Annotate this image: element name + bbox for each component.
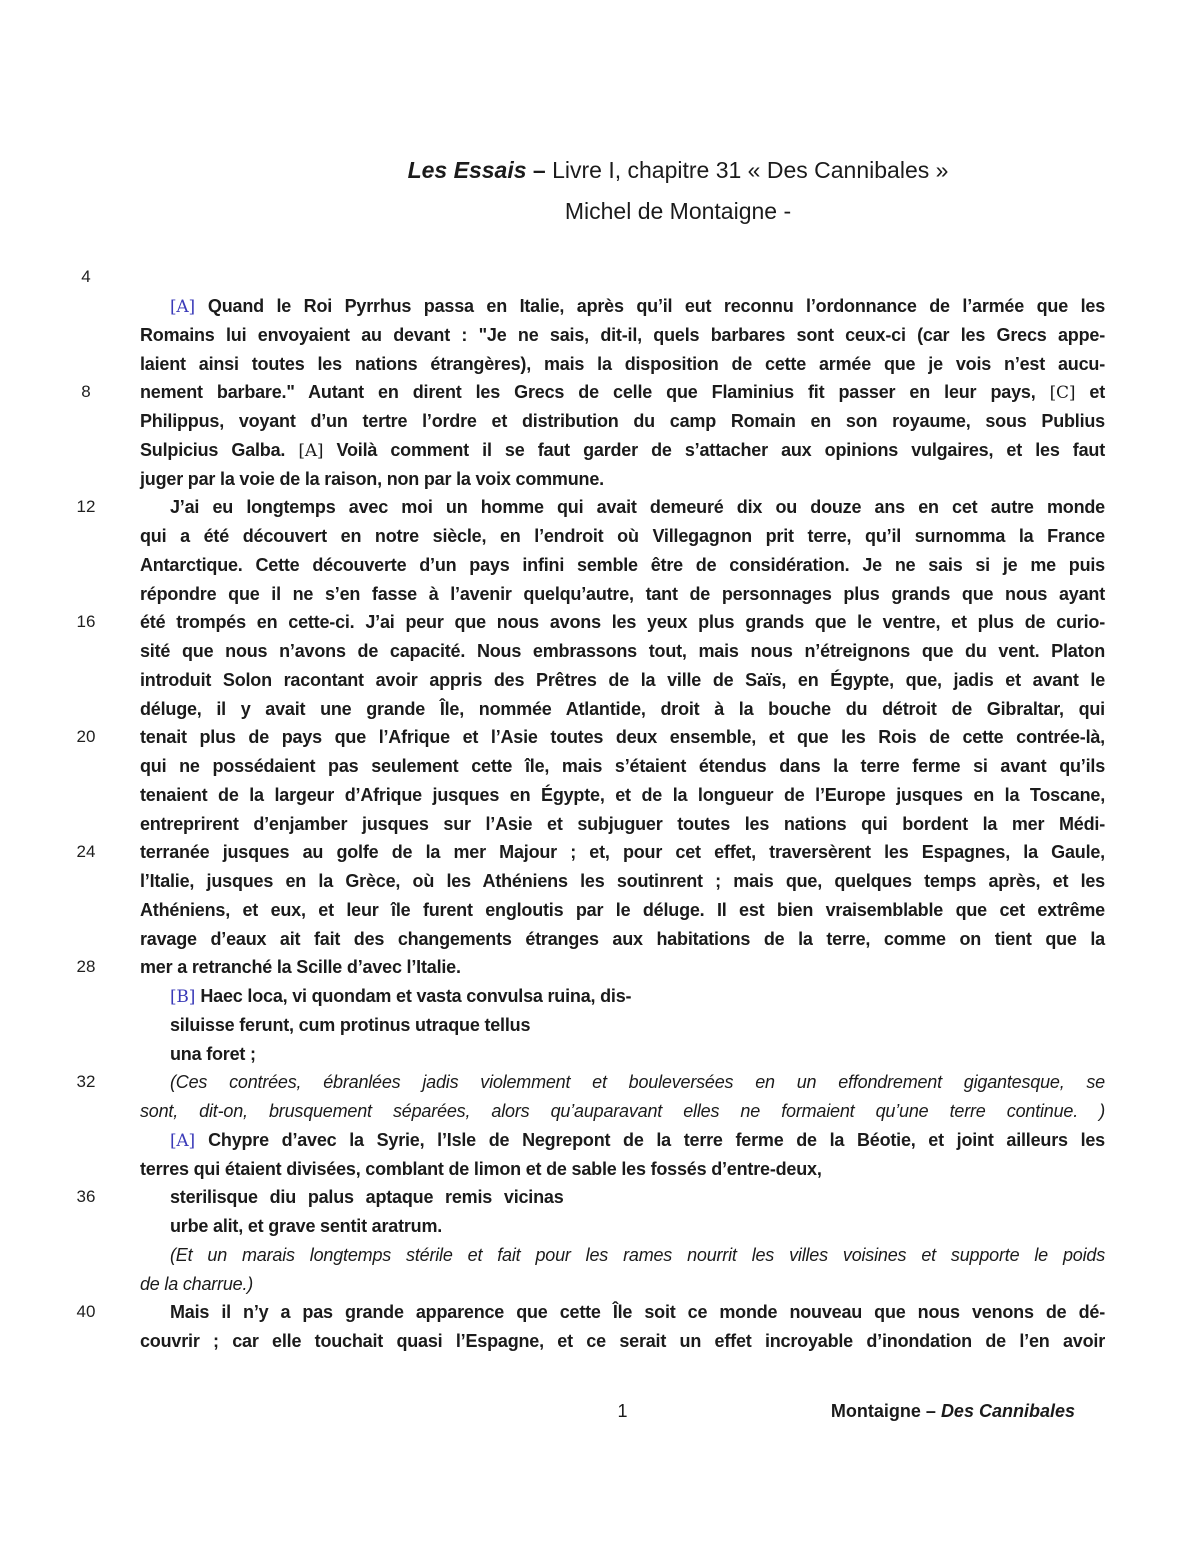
text-line: de la charrue.) bbox=[140, 1270, 1105, 1299]
text-line: sterilisque diu palus aptaque remis vici… bbox=[140, 1183, 1105, 1212]
text-line: Mais il n’y a pas grande apparence que c… bbox=[140, 1298, 1105, 1327]
text-line: J’ai eu longtemps avec moi un homme qui … bbox=[140, 493, 1105, 522]
page-footer: 1 Montaigne – Des Cannibales bbox=[140, 1396, 1105, 1426]
text-line: urbe alit, et grave sentit aratrum. bbox=[140, 1212, 1105, 1241]
text-line: répondre que il ne s’en fasse à l’avenir… bbox=[140, 580, 1105, 609]
text-line: introduit Solon racontant avoir appris d… bbox=[140, 666, 1105, 695]
text-line: [B] Haec loca, vi quondam et vasta convu… bbox=[140, 982, 1105, 1011]
text-segment: Sulpicius Galba. bbox=[140, 440, 298, 460]
text-segment: sterilisque diu palus aptaque remis vici… bbox=[170, 1187, 564, 1207]
body-text: [A] Quand le Roi Pyrrhus passa en Italie… bbox=[140, 292, 1105, 1356]
line-number: 12 bbox=[66, 493, 106, 522]
text-line: sité que nous n’avons de capacité. Nous … bbox=[140, 637, 1105, 666]
text-line: Philippus, voyant d’un tertre l’ordre et… bbox=[140, 407, 1105, 436]
text-line: (Et un marais longtemps stérile et fait … bbox=[140, 1241, 1105, 1270]
text-segment: sont, dit-on, brusquement séparées, alor… bbox=[140, 1101, 1105, 1121]
text-segment: siluisse ferunt, cum protinus utraque te… bbox=[170, 1015, 530, 1035]
text-line: (Ces contrées, ébranlées jadis violemmen… bbox=[140, 1068, 1105, 1097]
text-line: couvrir ; car elle touchait quasi l’Espa… bbox=[140, 1327, 1105, 1356]
line-number: 32 bbox=[66, 1068, 106, 1097]
text-line: tenaient de la largeur d’Afrique jusques… bbox=[140, 781, 1105, 810]
title-work-name: Les Essais bbox=[408, 157, 527, 183]
text-line: Romains lui envoyaient au devant : "Je n… bbox=[140, 321, 1105, 350]
text-line: siluisse ferunt, cum protinus utraque te… bbox=[140, 1011, 1105, 1040]
edition-marker: [A] bbox=[298, 441, 323, 461]
text-line: juger par la voie de la raison, non par … bbox=[140, 465, 1105, 494]
text-segment: ravage d’eaux ait fait des changements é… bbox=[140, 929, 1105, 949]
text-segment: couvrir ; car elle touchait quasi l’Espa… bbox=[140, 1331, 1105, 1351]
text-segment: Quand le Roi Pyrrhus passa en Italie, ap… bbox=[208, 296, 1105, 316]
text-line: qui a été découvert en notre siècle, en … bbox=[140, 522, 1105, 551]
line-number: 40 bbox=[66, 1298, 106, 1327]
text-line: sont, dit-on, brusquement séparées, alor… bbox=[140, 1097, 1105, 1126]
line-number: 8 bbox=[66, 378, 106, 407]
text-line: été trompés en cette-ci. J’ai peur que n… bbox=[140, 608, 1105, 637]
line-number: 16 bbox=[66, 608, 106, 637]
text-segment: (Ces contrées, ébranlées jadis violemmen… bbox=[170, 1072, 1105, 1092]
text-segment: qui a été découvert en notre siècle, en … bbox=[140, 526, 1105, 546]
line-number: 36 bbox=[66, 1183, 106, 1212]
text-segment: été trompés en cette-ci. J’ai peur que n… bbox=[140, 612, 1105, 632]
line-number: 24 bbox=[66, 838, 106, 867]
text-segment: déluge, il y avait une grande Île, nommé… bbox=[140, 699, 1105, 719]
text-segment: Athéniens, et eux, et leur île furent en… bbox=[140, 900, 1105, 920]
text-line: tenait plus de pays que l’Afrique et l’A… bbox=[140, 723, 1105, 752]
footer-running-title: Montaigne – Des Cannibales bbox=[831, 1396, 1075, 1426]
text-segment: de la charrue.) bbox=[140, 1274, 253, 1294]
text-line: qui ne possédaient pas seulement cette î… bbox=[140, 752, 1105, 781]
text-segment: Mais il n’y a pas grande apparence que c… bbox=[170, 1302, 1105, 1322]
line-number: 28 bbox=[66, 953, 106, 982]
edition-marker: [A] bbox=[170, 1131, 208, 1151]
edition-marker: [C] bbox=[1050, 383, 1076, 403]
text-line: déluge, il y avait une grande Île, nommé… bbox=[140, 695, 1105, 724]
line-number: 20 bbox=[66, 723, 106, 752]
text-segment: Chypre d’avec la Syrie, l’Isle de Negrep… bbox=[208, 1130, 1105, 1150]
text-segment: Antarctique. Cette découverte d’un pays … bbox=[140, 555, 1105, 575]
text-line: [A] Quand le Roi Pyrrhus passa en Italie… bbox=[140, 292, 1105, 321]
text-segment: Romains lui envoyaient au devant : "Je n… bbox=[140, 325, 1105, 345]
text-segment: introduit Solon racontant avoir appris d… bbox=[140, 670, 1105, 690]
title-separator: – bbox=[527, 157, 553, 183]
text-line: laient ainsi toutes les nations étrangèr… bbox=[140, 350, 1105, 379]
text-segment: J’ai eu longtemps avec moi un homme qui … bbox=[170, 497, 1105, 517]
edition-marker: [B] bbox=[170, 987, 200, 1007]
title-chapter: Livre I, chapitre 31 « Des Cannibales » bbox=[552, 157, 948, 183]
line-number-column: 481216202428323640 bbox=[66, 0, 106, 1553]
text-segment: sité que nous n’avons de capacité. Nous … bbox=[140, 641, 1105, 661]
text-segment: Philippus, voyant d’un tertre l’ordre et… bbox=[140, 411, 1105, 431]
text-segment: (Et un marais longtemps stérile et fait … bbox=[170, 1245, 1105, 1265]
text-line: [A] Chypre d’avec la Syrie, l’Isle de Ne… bbox=[140, 1126, 1105, 1155]
text-line: nement barbare." Autant en dirent les Gr… bbox=[140, 378, 1105, 407]
line-number: 4 bbox=[66, 263, 106, 292]
text-segment: entreprirent d’enjamber jusques sur l’As… bbox=[140, 814, 1105, 834]
text-line: terranée jusques au golfe de la mer Majo… bbox=[140, 838, 1105, 867]
text-line: entreprirent d’enjamber jusques sur l’As… bbox=[140, 810, 1105, 839]
text-segment: et bbox=[1075, 382, 1105, 402]
text-segment: mer a retranché la Scille d’avec l’Itali… bbox=[140, 957, 461, 977]
text-line: mer a retranché la Scille d’avec l’Itali… bbox=[140, 953, 1105, 982]
text-segment: terres qui étaient divisées, comblant de… bbox=[140, 1159, 822, 1179]
edition-marker: [A] bbox=[170, 297, 208, 317]
text-line: Sulpicius Galba. [A] Voilà comment il se… bbox=[140, 436, 1105, 465]
text-segment: urbe alit, et grave sentit aratrum. bbox=[170, 1216, 442, 1236]
text-line: terres qui étaient divisées, comblant de… bbox=[140, 1155, 1105, 1184]
text-segment: laient ainsi toutes les nations étrangèr… bbox=[140, 354, 1105, 374]
text-segment: tenait plus de pays que l’Afrique et l’A… bbox=[140, 727, 1105, 747]
document-page: Les Essais – Livre I, chapitre 31 « Des … bbox=[0, 0, 1200, 1553]
text-segment: terranée jusques au golfe de la mer Majo… bbox=[140, 842, 1105, 862]
text-segment: qui ne possédaient pas seulement cette î… bbox=[140, 756, 1105, 776]
text-line: Athéniens, et eux, et leur île furent en… bbox=[140, 896, 1105, 925]
author-line: Michel de Montaigne - bbox=[156, 191, 1200, 232]
footer-chapter-title: Des Cannibales bbox=[941, 1401, 1075, 1421]
text-segment: répondre que il ne s’en fasse à l’avenir… bbox=[140, 584, 1105, 604]
text-segment: juger par la voie de la raison, non par … bbox=[140, 469, 604, 489]
text-segment: Voilà comment il se faut garder de s’att… bbox=[323, 440, 1105, 460]
text-segment: tenaient de la largeur d’Afrique jusques… bbox=[140, 785, 1105, 805]
footer-author: Montaigne – bbox=[831, 1401, 941, 1421]
text-line: Antarctique. Cette découverte d’un pays … bbox=[140, 551, 1105, 580]
page-title: Les Essais – Livre I, chapitre 31 « Des … bbox=[156, 150, 1200, 191]
text-line: una foret ; bbox=[140, 1040, 1105, 1069]
text-line: ravage d’eaux ait fait des changements é… bbox=[140, 925, 1105, 954]
text-segment: una foret ; bbox=[170, 1044, 256, 1064]
text-line: l’Italie, jusques en la Grèce, où les At… bbox=[140, 867, 1105, 896]
text-segment: nement barbare." Autant en dirent les Gr… bbox=[140, 382, 1050, 402]
document-title-block: Les Essais – Livre I, chapitre 31 « Des … bbox=[0, 150, 1200, 232]
text-segment: Haec loca, vi quondam et vasta convulsa … bbox=[200, 986, 631, 1006]
text-segment: l’Italie, jusques en la Grèce, où les At… bbox=[140, 871, 1105, 891]
